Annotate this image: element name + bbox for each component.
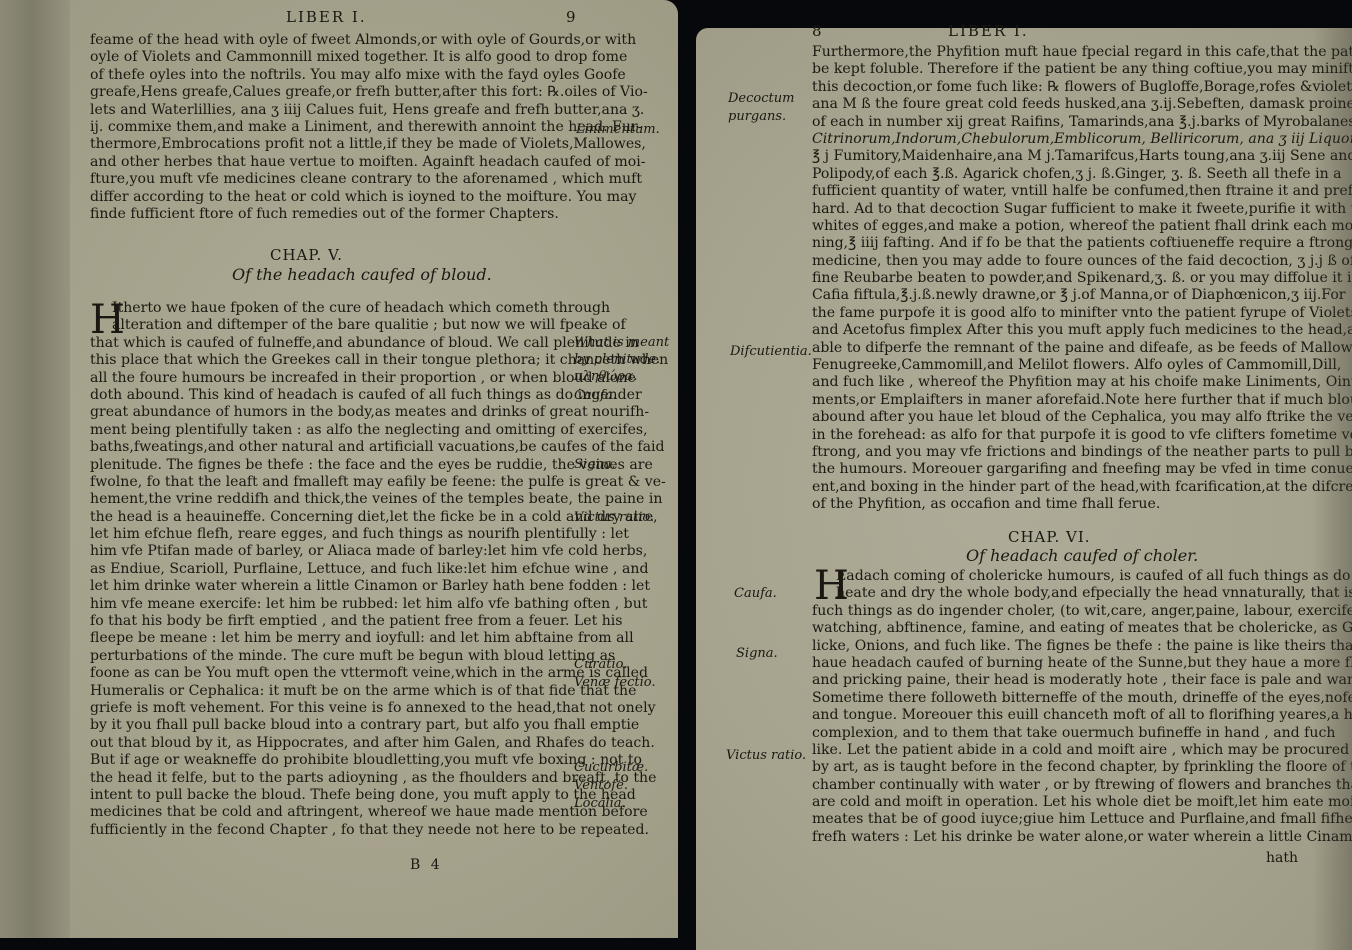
text-line: ning,℥ iiij fafting. And if fo be that t… xyxy=(812,235,1352,252)
text-line: fufficiently in the fecond Chapter , fo … xyxy=(90,822,668,839)
text-line: fture,you muft vfe medicines cleane cont… xyxy=(90,171,648,188)
margin-note: πληθώρα. xyxy=(574,369,638,385)
text-line: him vfe meane exercife: let him be rubbe… xyxy=(90,596,668,613)
text-line: whites of egges,and make a potion, where… xyxy=(812,218,1352,235)
margin-note: Caufa. xyxy=(734,586,777,602)
text-line: of thefe oyles into the noftrils. You ma… xyxy=(90,67,648,84)
text-line: and Acetofus fimplex After this you muft… xyxy=(812,322,1352,339)
text-line: Citrinorum,Indorum,Chebulorum,Emblicorum… xyxy=(812,131,1352,148)
margin-note: Cucurbitæ. xyxy=(574,760,648,776)
text-line: finde fufficient ftore of fuch remedies … xyxy=(90,206,648,223)
margin-note: Signa. xyxy=(736,646,778,662)
text-line: fwolne, fo that the leaft and fmalleft m… xyxy=(90,474,668,491)
text-line: hement,the vrine reddifh and thick,the v… xyxy=(90,491,668,508)
text-line: baths,fweatings,and other natural and ar… xyxy=(90,439,668,456)
text-line: fufficient quantity of water, vntill hal… xyxy=(812,183,1352,200)
text-line: licke, Onions, and fuch like. The fignes… xyxy=(812,638,1352,655)
text-line: let him efchue flefh, reare egges, and f… xyxy=(90,526,668,543)
chapter-subtitle: Of headach caufed of choler. xyxy=(966,546,1198,565)
text-line: oyle of Violets and Cammonnill mixed tog… xyxy=(90,49,648,66)
margin-note: Difcutientia. xyxy=(730,344,812,360)
chapter-body: Eadach coming of cholericke humours, is … xyxy=(812,568,1352,846)
page-number: 9 xyxy=(566,8,576,26)
text-line: alteration and diftemper of the bare qua… xyxy=(90,317,668,334)
right-page: 8 LIBER I. Furthermore,the Phyfition muf… xyxy=(696,28,1352,950)
text-line: ana M ß the foure great cold feeds huske… xyxy=(812,96,1352,113)
top-paragraph: feame of the head with oyle of fweet Alm… xyxy=(90,32,648,223)
text-line: and tongue. Moreouer this euill chanceth… xyxy=(812,707,1352,724)
text-line: fleepe be meane : let him be merry and i… xyxy=(90,630,668,647)
text-line: chamber continually with water , or by f… xyxy=(812,777,1352,794)
text-line: great abundance of humors in the body,as… xyxy=(90,404,668,421)
text-line: griefe is moft vehement. For this veine … xyxy=(90,700,668,717)
text-line: abound after you haue let bloud of the C… xyxy=(812,409,1352,426)
text-line: ments,or Emplaifters in maner aforefaid.… xyxy=(812,392,1352,409)
text-line: ment being plentifully taken : as alfo t… xyxy=(90,422,668,439)
margin-note: Victus ratio. xyxy=(574,510,654,526)
text-line: complexion, and to them that take ouermu… xyxy=(812,725,1352,742)
text-line: hard. Ad to that decoction Sugar fuffici… xyxy=(812,201,1352,218)
text-line: heate and dry the whole body,and efpecia… xyxy=(812,585,1352,602)
text-line: lets and Waterlillies, ana ʒ iiij Calues… xyxy=(90,102,648,119)
text-line: of the Phyfition, as occafion and time f… xyxy=(812,496,1352,513)
text-line: let him drinke water wherein a little Ci… xyxy=(90,578,668,595)
margin-note: Localia. xyxy=(574,796,626,812)
text-line: the humours. Moreouer gargarifing and fn… xyxy=(812,461,1352,478)
text-line: by it you fhall pull backe bloud into a … xyxy=(90,717,668,734)
text-line: ℥ j Fumitory,Maidenhaire,ana M j.Tamarif… xyxy=(812,148,1352,165)
text-line: him vfe Ptifan made of barley, or Aliaca… xyxy=(90,543,668,560)
left-page: LIBER I. 9 feame of the head with oyle o… xyxy=(0,0,678,938)
text-line: greafe,Hens greafe,Calues greafe,or fref… xyxy=(90,84,648,101)
margin-note: Signa. xyxy=(574,457,616,473)
text-line: fine Reubarbe beaten to powder,and Spike… xyxy=(812,270,1352,287)
text-line: Eadach coming of cholericke humours, is … xyxy=(812,568,1352,585)
text-line: able to difperfe the remnant of the pain… xyxy=(812,340,1352,357)
text-line: out that bloud by it, as Hippocrates, an… xyxy=(90,735,668,752)
text-line: thermore,Embrocations profit not a littl… xyxy=(90,136,648,153)
text-line: fo that his body be firft emptied , and … xyxy=(90,613,668,630)
chapter-title: CHAP. V. xyxy=(270,246,343,264)
text-line: the fame purpofe it is good alfo to mini… xyxy=(812,305,1352,322)
text-line: as Endiue, Scarioll, Purflaine, Lettuce,… xyxy=(90,561,668,578)
running-head: LIBER I. xyxy=(948,22,1029,40)
text-line: and fuch like , whereof the Phyfition ma… xyxy=(812,374,1352,391)
text-line: watching, abftinence, famine, and eating… xyxy=(812,620,1352,637)
text-line: are cold and moift in operation. Let his… xyxy=(812,794,1352,811)
text-line: differ according to the heat or cold whi… xyxy=(90,189,648,206)
text-line: and other herbes that haue vertue to moi… xyxy=(90,154,648,171)
text-line: be kept foluble. Therefore if the patien… xyxy=(812,61,1352,78)
text-line: ij. commixe them,and make a Liniment, an… xyxy=(90,119,648,136)
text-line: meates that be of good iuyce;giue him Le… xyxy=(812,811,1352,828)
text-line: Polipody,of each ℥.ß. Agarick chofen,ʒ j… xyxy=(812,166,1352,183)
text-line: this decoction,or fome fuch like: ℞ flow… xyxy=(812,79,1352,96)
text-line: medicine, then you may adde to foure oun… xyxy=(812,253,1352,270)
margin-note: What is meant xyxy=(574,335,669,351)
text-line: of each in number xij great Raifins, Tam… xyxy=(812,114,1352,131)
margin-note: Linimentum. xyxy=(576,122,660,138)
chapter-title: CHAP. VI. xyxy=(1008,528,1091,546)
text-line: fuch things as do ingender choler, (to w… xyxy=(812,603,1352,620)
text-line: Fenugreeke,Cammomill,and Melilot flowers… xyxy=(812,357,1352,374)
text-line: feame of the head with oyle of fweet Alm… xyxy=(90,32,648,49)
catchword: hath xyxy=(1266,850,1298,866)
margin-note: Ventofe. xyxy=(574,778,628,794)
text-line: ent,and boxing in the hinder part of the… xyxy=(812,479,1352,496)
text-line: Furthermore,the Phyfition muft haue fpec… xyxy=(812,44,1352,61)
chapter-subtitle: Of the headach caufed of bloud. xyxy=(232,265,492,284)
margin-note: Decoctum xyxy=(728,91,794,107)
text-line: like. Let the patient abide in a cold an… xyxy=(812,742,1352,759)
signature-mark: B 4 xyxy=(410,857,443,873)
top-paragraph: Furthermore,the Phyfition muft haue fpec… xyxy=(812,44,1352,514)
text-line: frefh waters : Let his drinke be water a… xyxy=(812,829,1352,846)
text-line: and pricking paine, their head is modera… xyxy=(812,672,1352,689)
text-line: Cafia fiftula,℥.j.ß.newly drawne,or ℥ j.… xyxy=(812,287,1352,304)
margin-note: Caufa. xyxy=(574,388,617,404)
text-line: ftrong, and you may vfe frictions and bi… xyxy=(812,444,1352,461)
running-head: LIBER I. xyxy=(286,8,367,26)
page-number: 8 xyxy=(812,22,822,40)
text-line: Itherto we haue fpoken of the cure of he… xyxy=(90,300,668,317)
text-line: Sometime there followeth bitterneffe of … xyxy=(812,690,1352,707)
margin-note: purgans. xyxy=(728,109,786,125)
text-line: haue headach caufed of burning heate of … xyxy=(812,655,1352,672)
margin-note: Curatio. xyxy=(574,657,627,673)
margin-note: Victus ratio. xyxy=(726,748,806,764)
text-line: in the forehead: as alfo for that purpof… xyxy=(812,427,1352,444)
margin-note: Venæ fectio. xyxy=(574,675,656,691)
text-line: by art, as is taught before in the fecon… xyxy=(812,759,1352,776)
margin-note: by plenitude. xyxy=(574,352,660,368)
